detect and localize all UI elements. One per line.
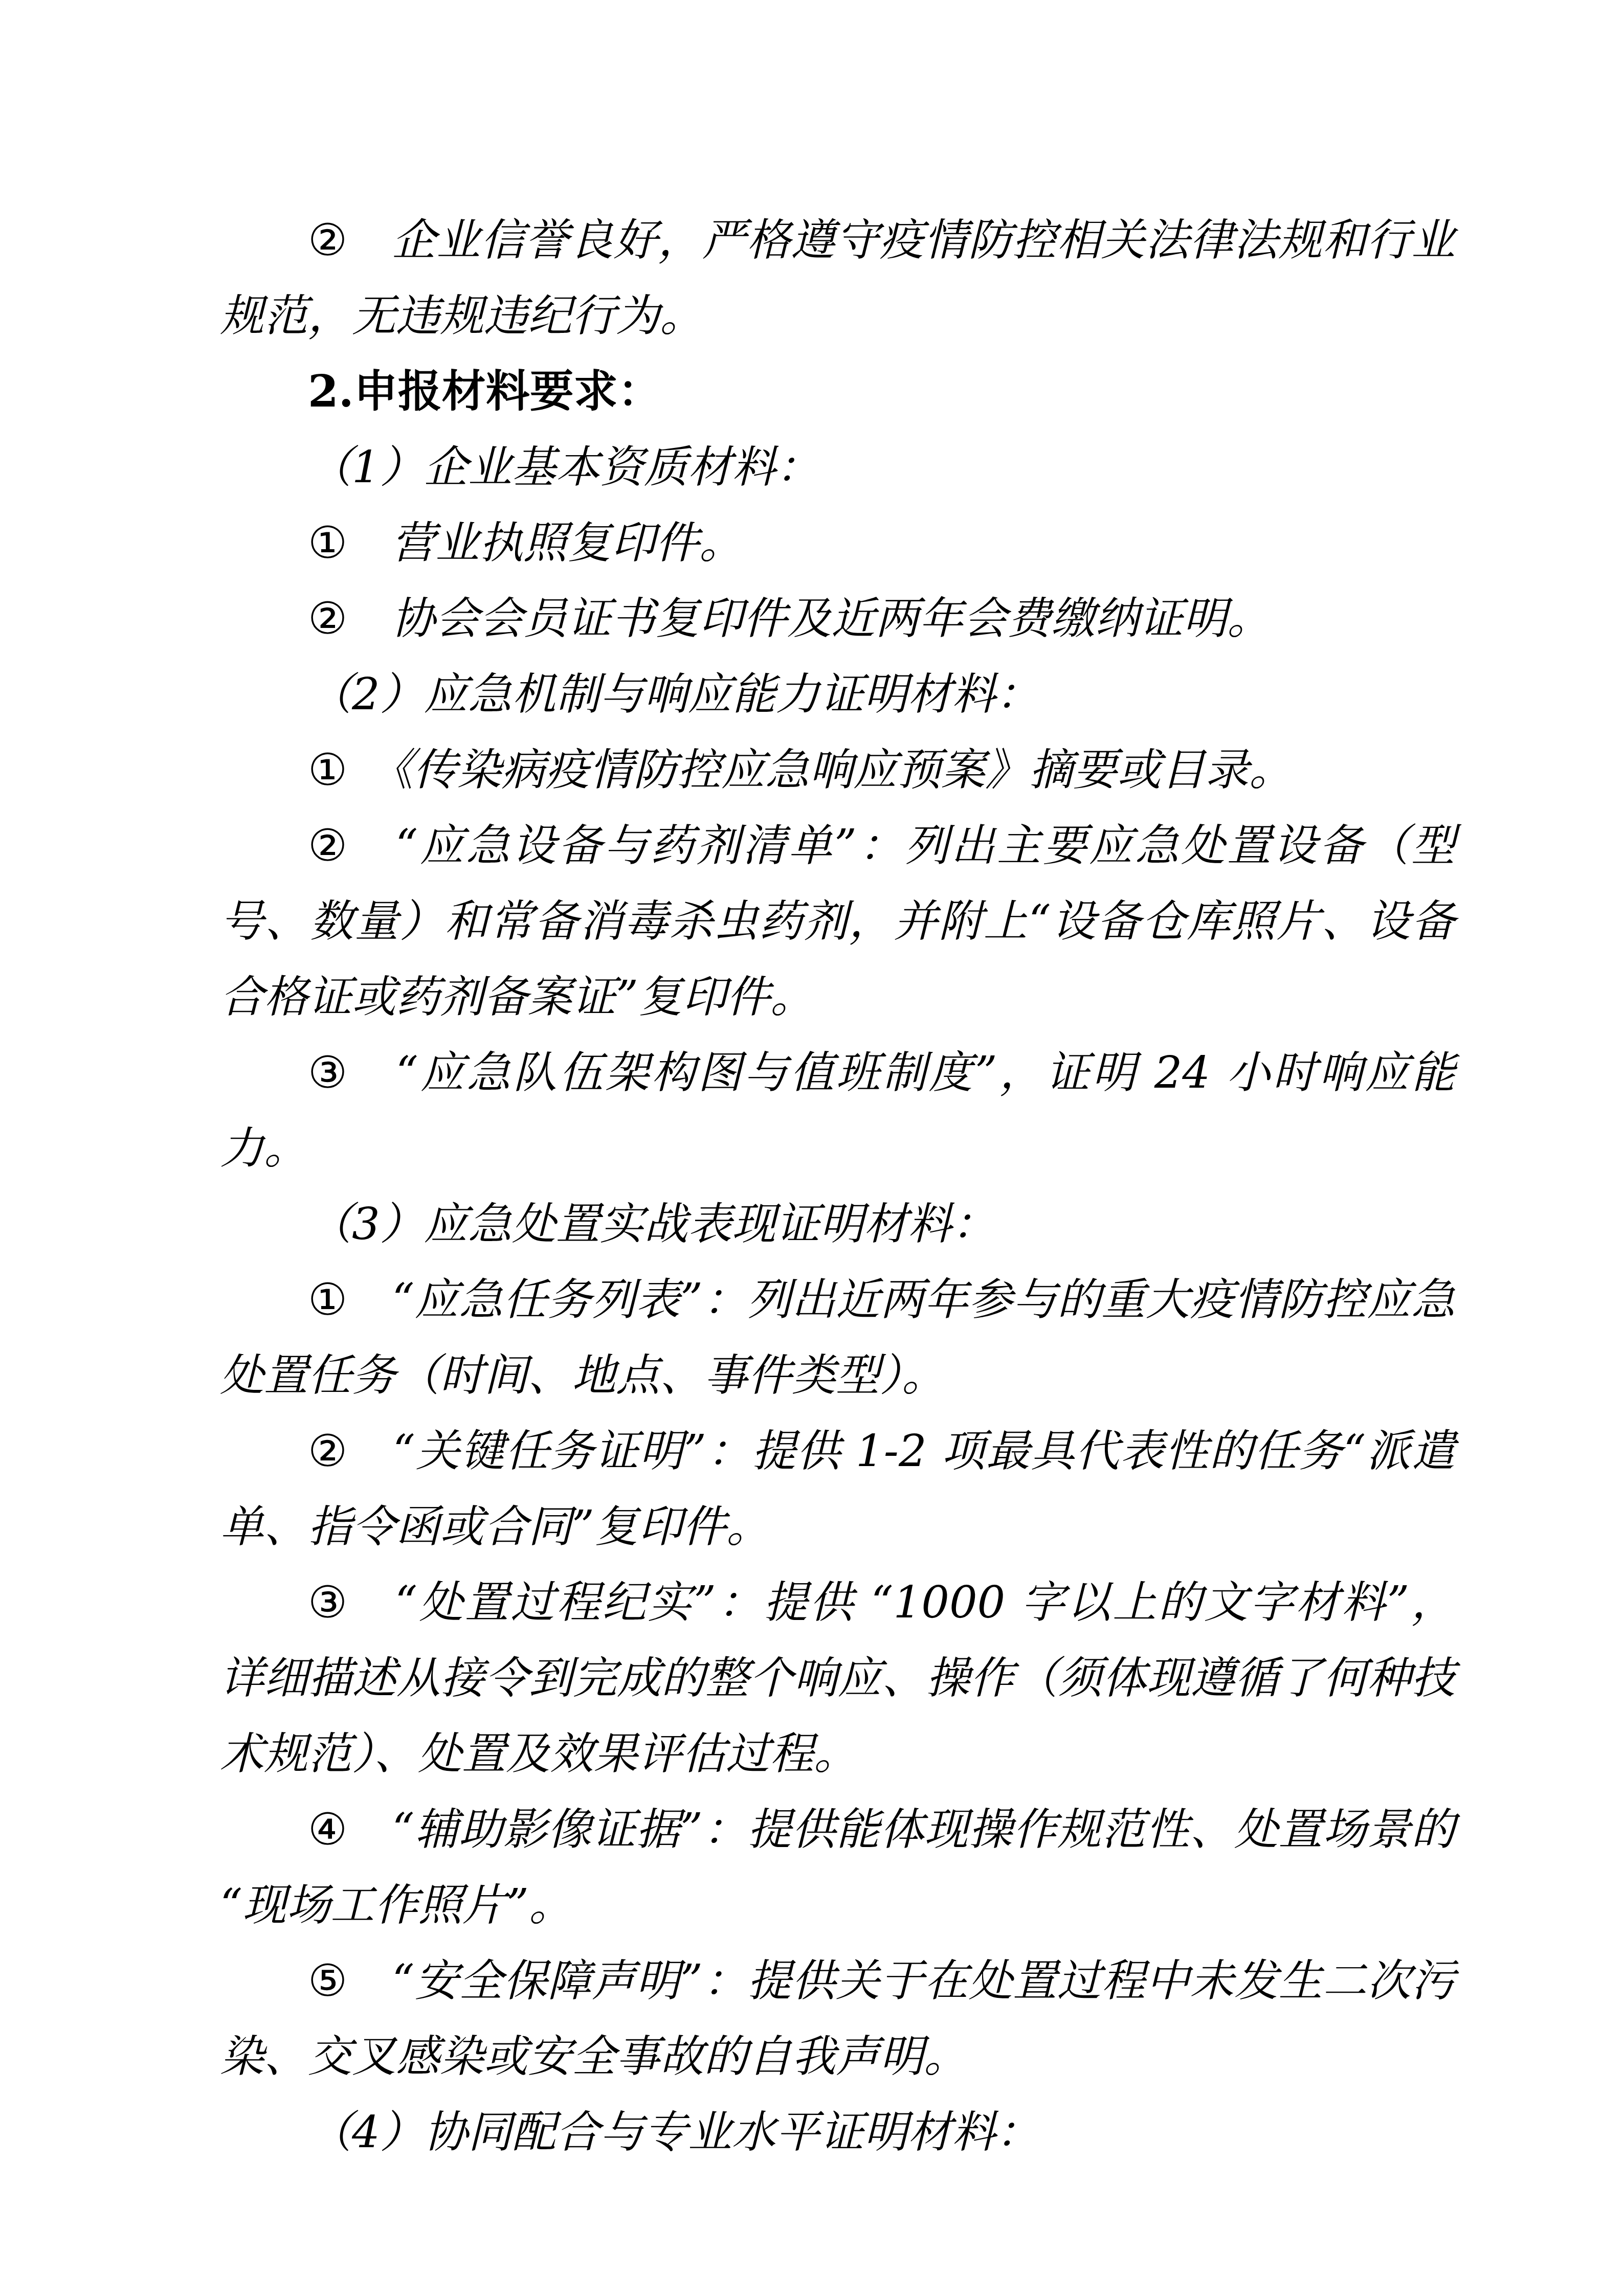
para-section4-coordination-title: （4）协同配合与专业水平证明材料： <box>220 2095 1455 2170</box>
document-page: ② 企业信誉良好，严格遵守疫情防控相关法律法规和行业规范，无违规违纪行为。 2.… <box>0 0 1624 2296</box>
para-emergency-response-plan: ① 《传染病疫情防控应急响应预案》摘要或目录。 <box>220 732 1455 808</box>
para-enterprise-credit: ② 企业信誉良好，严格遵守疫情防控相关法律法规和行业规范，无违规违纪行为。 <box>220 202 1455 354</box>
heading-application-material-requirements: 2.申报材料要求： <box>220 354 1455 430</box>
para-key-task-proof: ② “关键任务证明”：提供 1-2 项最具代表性的任务“派遣单、指令函或合同”复… <box>220 1413 1455 1565</box>
para-business-license: ① 营业执照复印件。 <box>220 505 1455 581</box>
para-safety-guarantee-statement: ⑤ “安全保障声明”：提供关于在处置过程中未发生二次污染、交叉感染或安全事故的自… <box>220 1943 1455 2095</box>
document-body: ② 企业信誉良好，严格遵守疫情防控相关法律法规和行业规范，无违规违纪行为。 2.… <box>220 202 1455 2170</box>
para-section2-emergency-mechanism-title: （2）应急机制与响应能力证明材料： <box>220 657 1455 732</box>
para-section1-basic-qualification-title: （1）企业基本资质材料： <box>220 430 1455 505</box>
para-membership-certificate: ② 协会会员证书复印件及近两年会费缴纳证明。 <box>220 581 1455 657</box>
para-section3-practical-performance-title: （3）应急处置实战表现证明材料： <box>220 1186 1455 1262</box>
para-emergency-task-list: ① “应急任务列表”：列出近两年参与的重大疫情防控应急处置任务（时间、地点、事件… <box>220 1262 1455 1413</box>
para-auxiliary-photo-evidence: ④ “辅助影像证据”：提供能体现操作规范性、处置场景的 “现场工作照片”。 <box>220 1792 1455 1943</box>
para-disposal-process-record: ③ “处置过程纪实”：提供 “1000 字以上的文字材料”，详细描述从接令到完成… <box>220 1565 1455 1792</box>
para-team-structure-duty-system: ③ “应急队伍架构图与值班制度”，证明 24 小时响应能力。 <box>220 1035 1455 1186</box>
para-equipment-and-agent-list: ② “应急设备与药剂清单”：列出主要应急处置设备（型号、数量）和常备消毒杀虫药剂… <box>220 808 1455 1035</box>
